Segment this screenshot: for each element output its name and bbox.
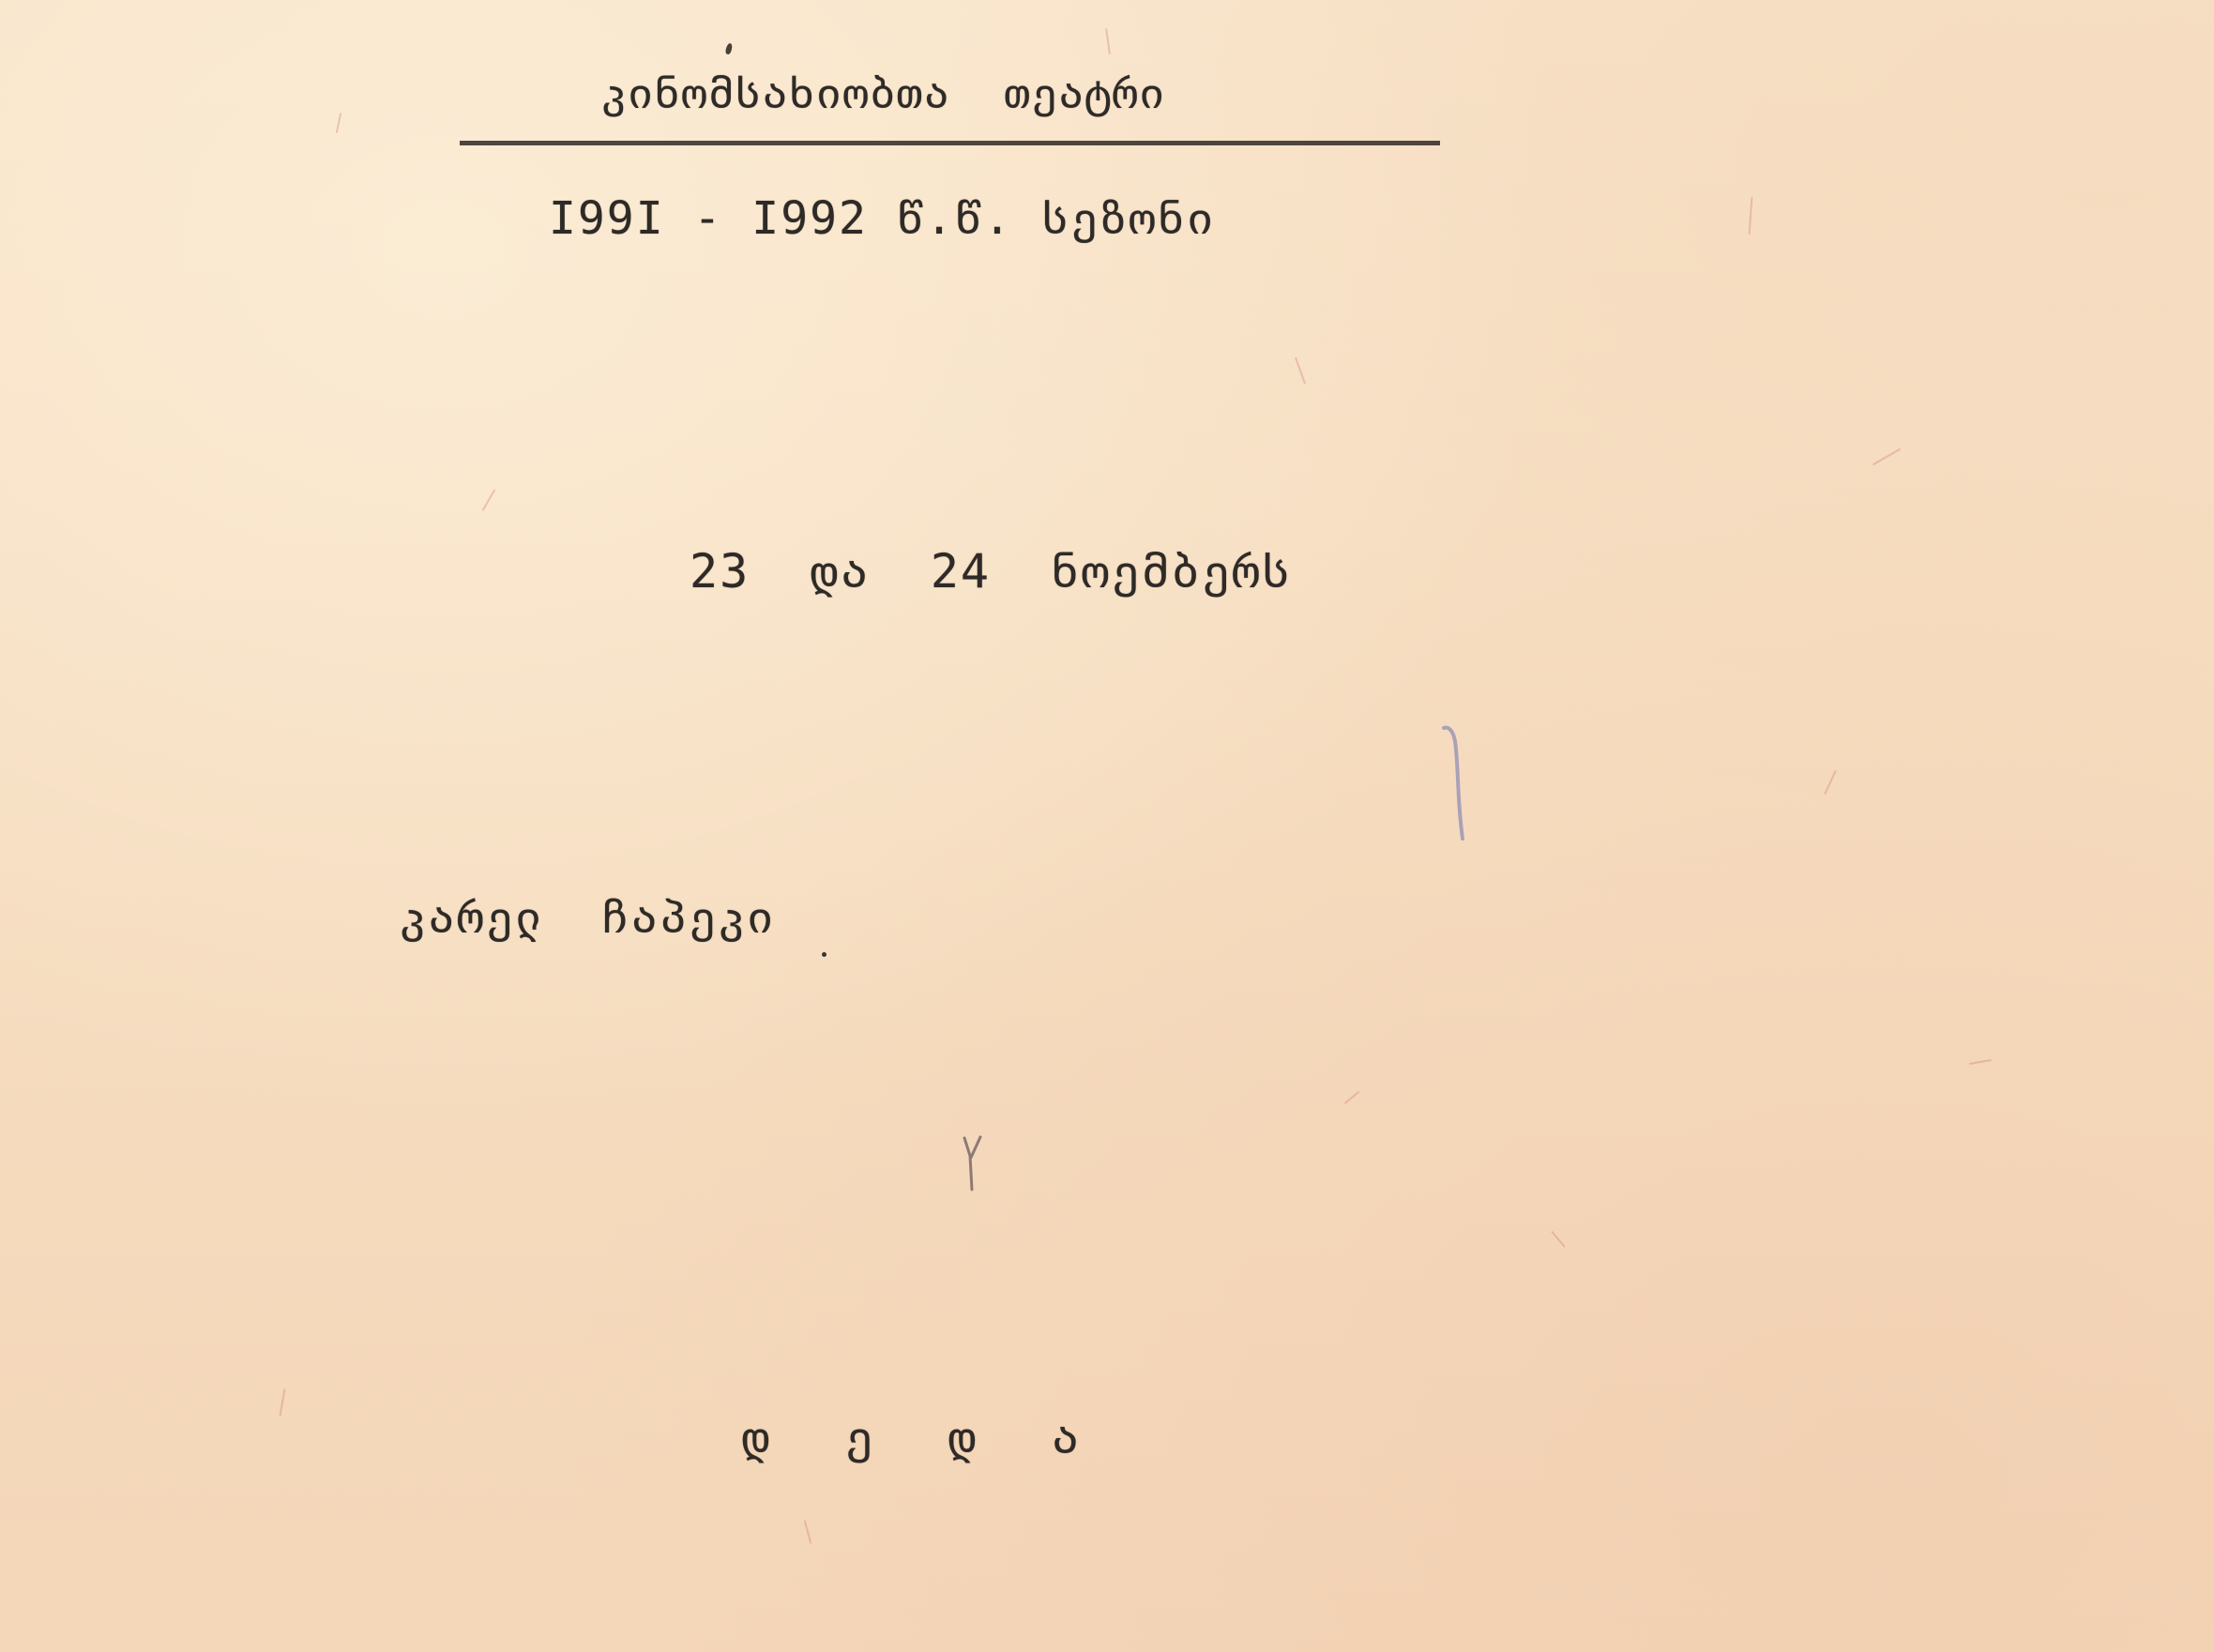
paper-fiber: [1105, 28, 1111, 54]
paper-fiber: [336, 113, 342, 133]
performance-dates: 23 და 24 ნოემბერს: [690, 544, 1292, 599]
paper-fiber: [1344, 1091, 1360, 1104]
ink-dot: [822, 952, 826, 957]
season-line: I99I - I992 წ.წ. სეზონი: [549, 192, 1216, 245]
paper-fiber: [804, 1520, 812, 1544]
header-underline: [460, 141, 1440, 145]
ink-accent-mark: [725, 42, 734, 54]
paper-fiber: [1873, 448, 1901, 466]
paper-fiber: [482, 489, 496, 511]
author-name: კარელ ჩაპეკი: [399, 891, 776, 944]
document-page: კინომსახიობთა თეატრი I99I - I992 წ.წ. სე…: [0, 0, 2214, 1652]
blue-pencil-stroke: [1440, 722, 1468, 844]
paper-fiber: [1295, 357, 1306, 385]
handwritten-y-mark: [962, 1135, 984, 1191]
theatre-name-heading: კინომსახიობთა თეატრი: [600, 68, 1166, 118]
paper-fiber: [279, 1388, 285, 1417]
paper-fiber: [1749, 197, 1753, 235]
play-title-letter: ე: [844, 1410, 948, 1464]
play-title: დედა: [629, 1356, 1154, 1519]
paper-fiber: [1551, 1231, 1566, 1248]
paper-fiber: [1824, 770, 1837, 795]
paper-fiber: [1969, 1059, 1992, 1065]
play-title-letter: ა: [1051, 1410, 1154, 1464]
play-title-letter: დ: [948, 1410, 1051, 1464]
play-title-letter: დ: [741, 1410, 844, 1464]
